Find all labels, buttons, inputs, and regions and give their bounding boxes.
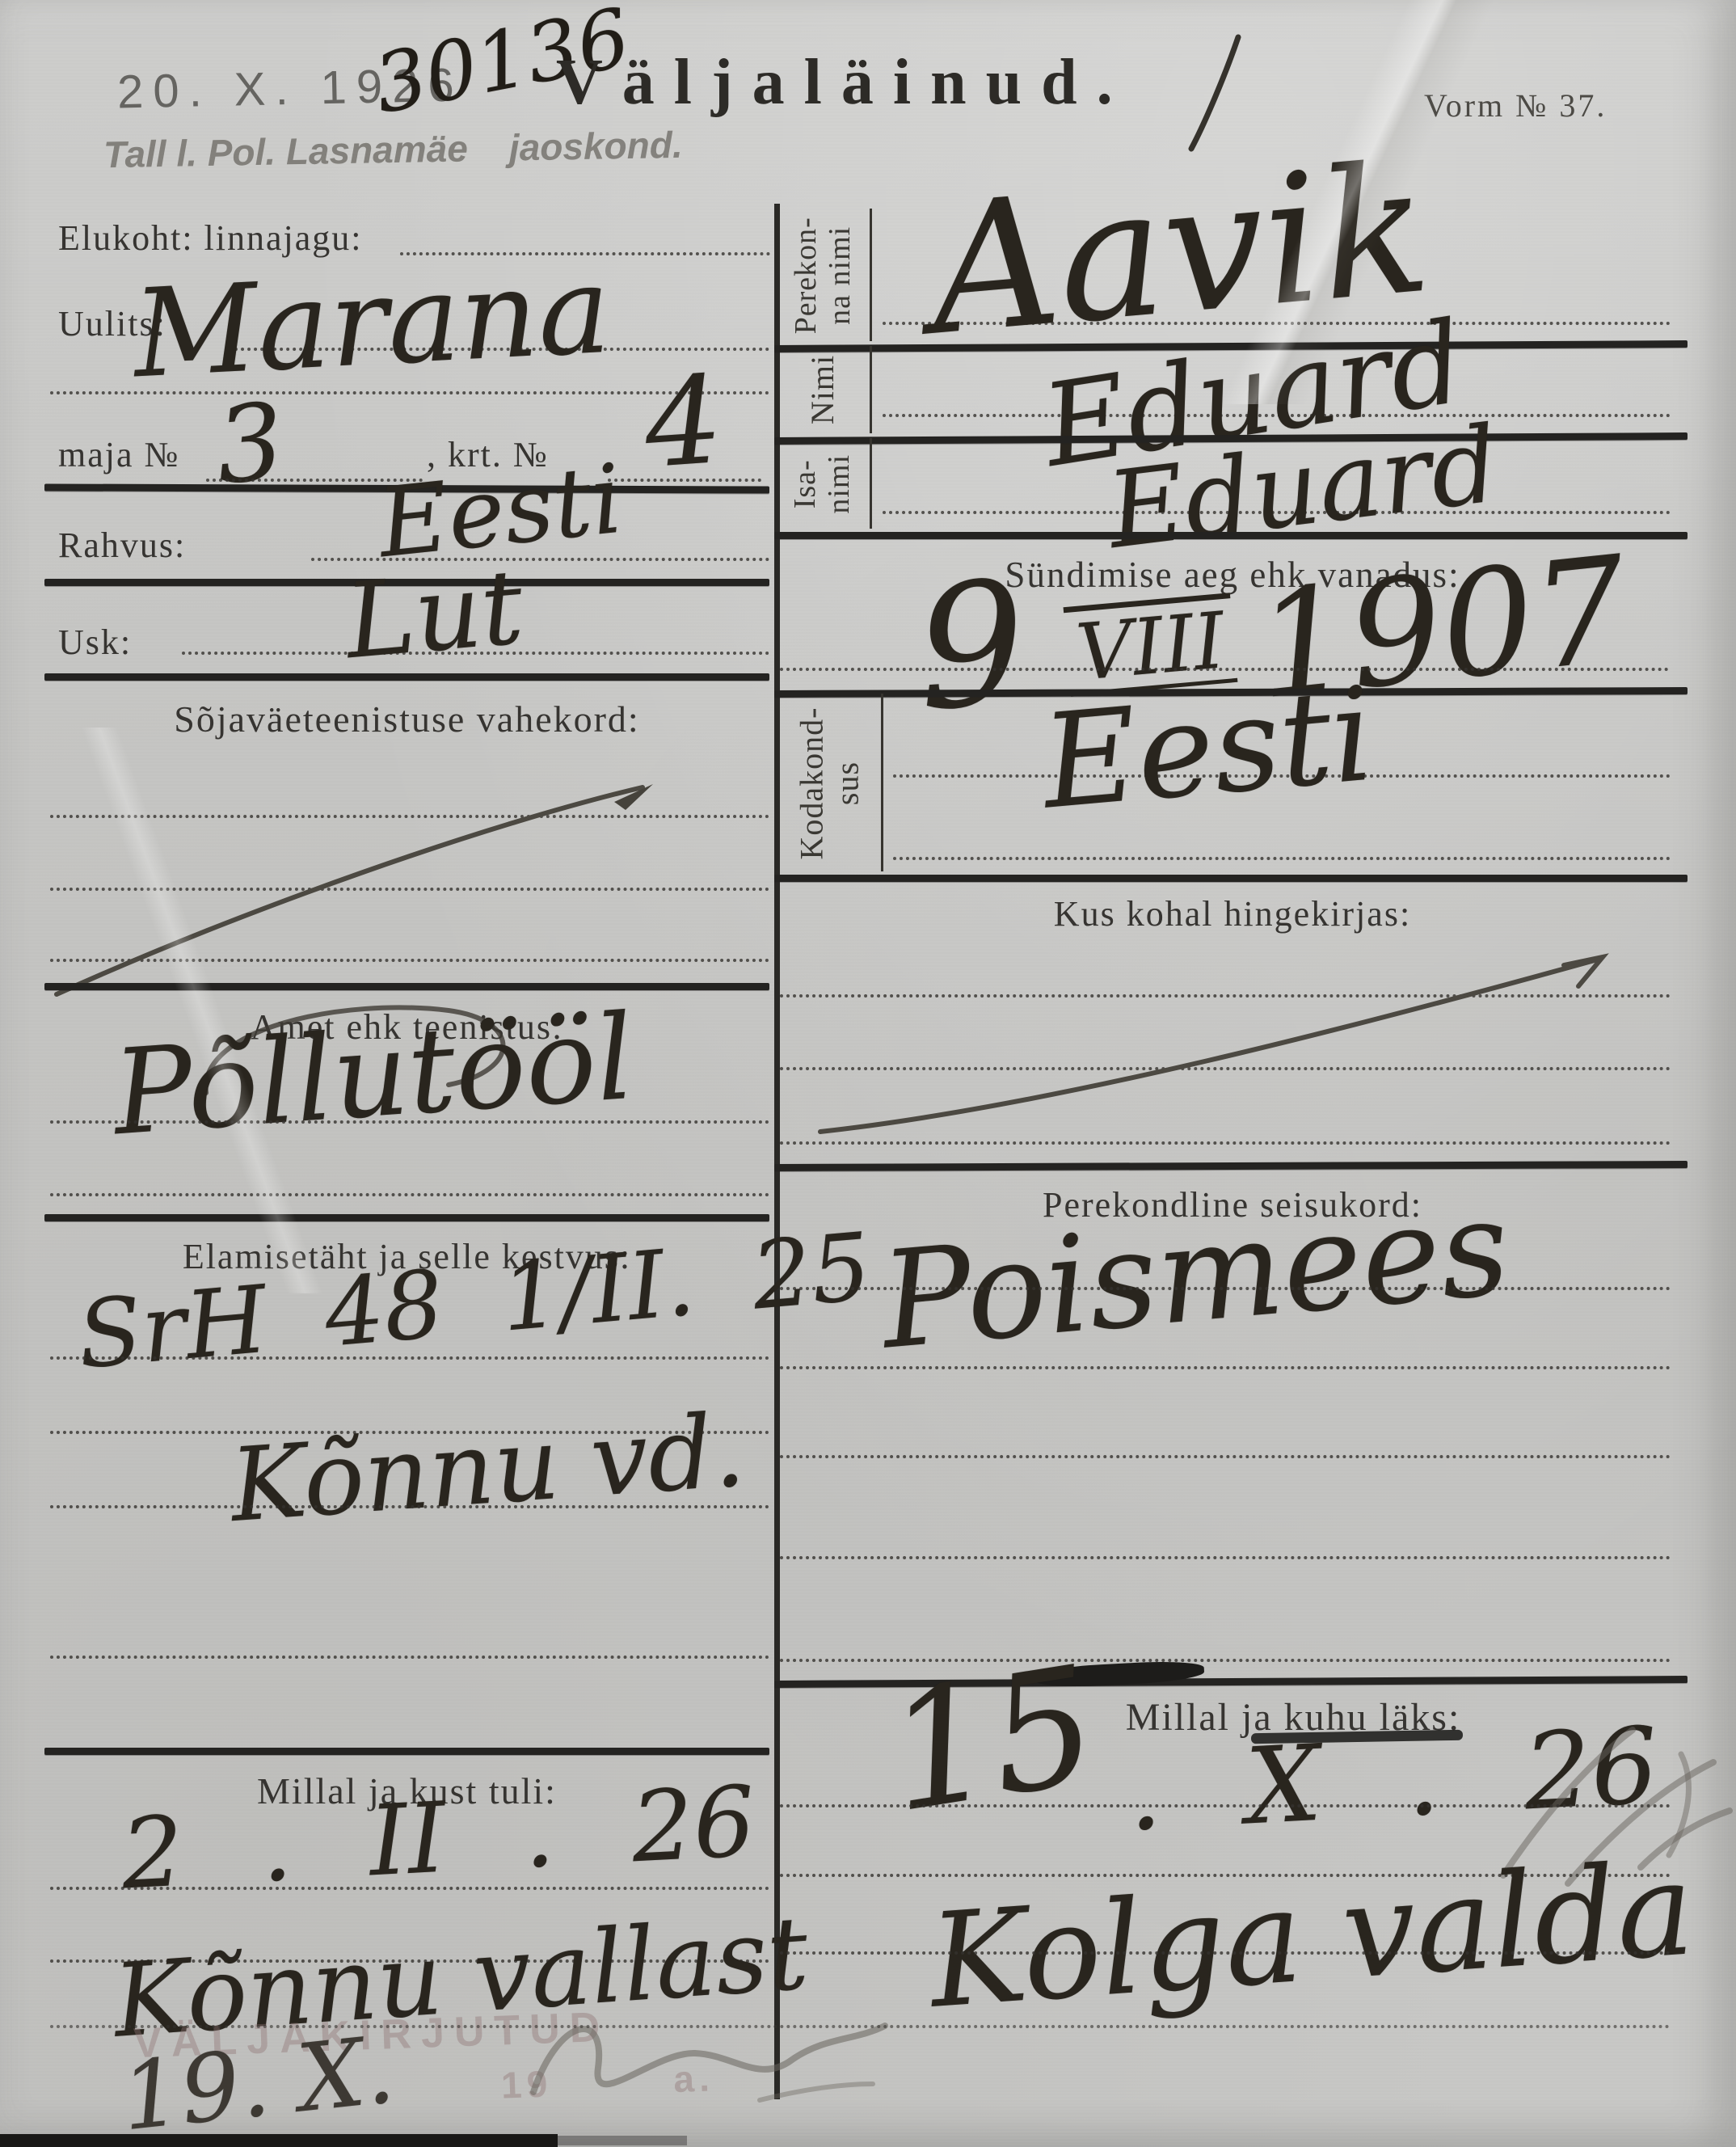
dotted-line xyxy=(780,1455,1671,1458)
first-name-label: Nimi xyxy=(805,355,841,424)
scan-edge-strip xyxy=(0,2134,558,2147)
label-divider-line xyxy=(870,438,872,529)
dotted-line xyxy=(780,1951,1671,1955)
dotted-line xyxy=(50,1193,769,1196)
residence-permit-place-handwritten: Kõnnu vd. xyxy=(228,1403,748,1535)
crossout-stroke-military xyxy=(48,774,663,1002)
dotted-line xyxy=(50,2025,1671,2028)
dotted-line xyxy=(50,1656,769,1659)
scanned-registration-card: 20. X. 1926 Tall l. Pol. Lasnamäe jaosko… xyxy=(0,0,1736,2147)
citizenship-label-cell: Kodakond- sus xyxy=(779,697,879,870)
horizontal-rule xyxy=(774,875,1688,882)
horizontal-rule xyxy=(774,1161,1688,1171)
label-divider-line xyxy=(881,694,883,871)
dotted-line xyxy=(780,1287,1671,1290)
scan-edge-strip-faded xyxy=(558,2136,687,2145)
dotted-line xyxy=(50,1505,769,1508)
birth-day-handwritten: 9 xyxy=(912,563,1030,731)
citizenship-value-handwritten: Eesti xyxy=(1038,673,1378,824)
horizontal-rule xyxy=(44,983,769,990)
citizenship-label: Kodakond- sus xyxy=(794,707,865,860)
dotted-line xyxy=(780,1141,1671,1145)
dotted-line xyxy=(50,1120,769,1124)
form-number: Vorm № 37. xyxy=(1424,89,1607,123)
father-name-label: Isa- nimi xyxy=(789,454,857,514)
horizontal-rule xyxy=(44,1214,769,1221)
horizontal-rule xyxy=(44,673,769,681)
pencil-signature xyxy=(517,1963,897,2132)
occupation-value-handwritten: Põllutööl xyxy=(110,1002,637,1149)
dotted-line xyxy=(893,857,1671,860)
military-service-label: Sõjaväeteenistuse vahekord: xyxy=(44,700,769,739)
registry-label: Kus kohal hingekirjas: xyxy=(780,896,1685,933)
dotted-line xyxy=(50,1356,769,1360)
first-name-label-cell: Nimi xyxy=(777,346,868,433)
dotted-line xyxy=(608,479,761,482)
police-office-stamp: Tall l. Pol. Lasnamäe jaoskond. xyxy=(103,123,683,176)
religion-value-handwritten: Lut xyxy=(342,559,527,672)
arrival-note-date-handwritten: 19. X. xyxy=(117,2027,398,2143)
dotted-line xyxy=(50,1887,769,1890)
apartment-number-handwritten: 4 xyxy=(641,363,726,483)
crossout-stroke-registry xyxy=(812,947,1620,1141)
father-name-label-cell: Isa- nimi xyxy=(777,440,868,529)
horizontal-rule xyxy=(44,1748,769,1755)
street-value-handwritten: Marana xyxy=(131,253,613,393)
surname-label: Perekon- na nimi xyxy=(790,217,857,334)
label-divider-line xyxy=(870,209,872,341)
residence-district-label: Elukoht: linnajagu: xyxy=(58,220,363,257)
religion-label: Usk: xyxy=(58,624,132,661)
dotted-line xyxy=(780,1804,1671,1807)
label-divider-line xyxy=(870,346,872,433)
dotted-line xyxy=(780,1366,1671,1369)
nationality-label: Rahvus: xyxy=(58,527,186,564)
house-number-label: maja № xyxy=(58,437,180,474)
surname-label-cell: Perekon- na nimi xyxy=(779,210,868,341)
page-title: Väljaläinud. xyxy=(556,49,1132,116)
dotted-line xyxy=(780,1556,1671,1559)
arrival-date-handwritten: 2 . II . 26 xyxy=(120,1777,758,1902)
ink-stroke-after-title xyxy=(1182,32,1246,154)
